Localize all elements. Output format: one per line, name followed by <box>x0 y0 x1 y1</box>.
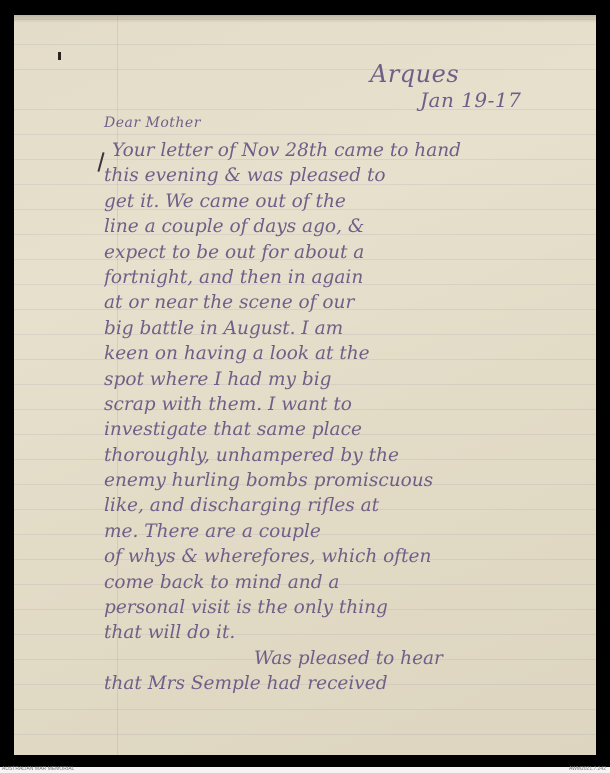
letter-line: personal visit is the only thing <box>104 595 584 620</box>
letter-line: thoroughly, unhampered by the <box>104 443 584 468</box>
pin-mark <box>58 52 61 60</box>
letter-line: that Mrs Semple had received <box>104 671 584 696</box>
archive-credit: AUSTRALIAN WAR MEMORIAL <box>2 766 74 772</box>
archive-footer: AUSTRALIAN WAR MEMORIAL AWM2021.7.242 <box>0 767 610 773</box>
paper-crease <box>14 15 596 23</box>
letter-body: Your letter of Nov 28th came to hand thi… <box>104 138 584 697</box>
letter-line: Was pleased to hear <box>104 646 584 671</box>
letter-line: fortnight, and then in again <box>104 265 584 290</box>
letter-line: of whys & wherefores, which often <box>104 544 584 569</box>
letter-line: like, and discharging rifles at <box>104 493 584 518</box>
letter-line: that will do it. <box>104 620 584 645</box>
letter-line: scrap with them. I want to <box>104 392 584 417</box>
letter-line: line a couple of days ago, & <box>104 214 584 239</box>
letter-line: me. There are a couple <box>104 519 584 544</box>
letter-line: spot where I had my big <box>104 367 584 392</box>
letter-date: Jan 19-17 <box>420 88 521 112</box>
letter-line: Your letter of Nov 28th came to hand <box>104 138 584 163</box>
letter-line: big battle in August. I am <box>104 316 584 341</box>
letter-line: at or near the scene of our <box>104 290 584 315</box>
letter-line: come back to mind and a <box>104 570 584 595</box>
letter-line: expect to be out for about a <box>104 240 584 265</box>
letter-line: get it. We came out of the <box>104 189 584 214</box>
letter-line: enemy hurling bombs promiscuous <box>104 468 584 493</box>
letter-salutation: Dear Mother <box>104 115 201 131</box>
letter-line: this evening & was pleased to <box>104 163 584 188</box>
letter-line: investigate that same place <box>104 417 584 442</box>
letter-line: keen on having a look at the <box>104 341 584 366</box>
letter-place: Arques <box>370 60 459 88</box>
archive-id: AWM2021.7.242 <box>569 766 606 772</box>
